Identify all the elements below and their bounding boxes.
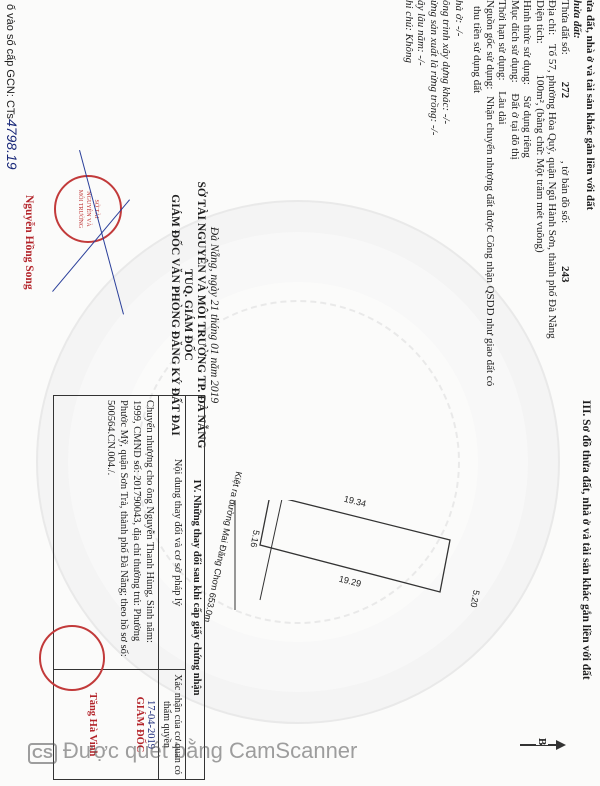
north-arrow-head xyxy=(556,740,566,750)
other-construction-info: ông trình xây dựng khác: -/- xyxy=(440,0,453,386)
address-label: Địa chỉ: xyxy=(547,0,559,35)
perennial-info: ây lâu năm: -/- xyxy=(415,0,428,386)
section-2-heading: ửa đất, nhà ở và tài sản khác gắn liền v… xyxy=(584,0,597,386)
north-label: B xyxy=(536,738,548,745)
use-form-row: Hình thức sử dụng: Sử dụng riêng xyxy=(521,0,534,386)
origin-label: Nguồn gốc sử dụng: xyxy=(484,0,496,89)
address-row: Địa chỉ: Tổ 57, phường Hòa Quý, quận Ngũ… xyxy=(546,0,559,386)
duration-row: Thời hạn sử dụng: Lâu dài xyxy=(496,0,509,386)
house-info: hà ở: -/- xyxy=(453,0,466,386)
parcel-diagram xyxy=(230,500,490,740)
column-header-content: Nội dung thay đổi và cơ sở pháp lý xyxy=(159,396,186,670)
parcel-number: 272 xyxy=(559,82,571,99)
area-label: Diện tích: xyxy=(534,0,546,44)
notes-info: hi chú: Không xyxy=(403,0,416,386)
purpose-label: Mục đích sử dụng: xyxy=(509,0,521,83)
map-sheet-label: , tờ bản đồ số: xyxy=(559,161,571,223)
purpose-value: Đất ở tại đô thị xyxy=(509,93,521,159)
address-value: Tổ 57, phường Hòa Quý, quận Ngũ Hành Sơn… xyxy=(547,44,559,339)
camscanner-watermark: CSĐược quét bằng CamScanner xyxy=(28,738,357,764)
registry-number: 4798.19 xyxy=(4,119,20,170)
signer-name: Nguyễn Hồng Song xyxy=(22,195,35,290)
confirmation-stamp xyxy=(39,625,105,691)
origin-continuation: thu tiền sử dụng đất xyxy=(471,0,484,386)
origin-value: Nhận chuyển nhượng đất được Công nhận QS… xyxy=(484,96,496,386)
parcel-number-row: Thửa đất số: 272 , tờ bản đồ số: 243 xyxy=(559,0,572,386)
section-2-parcel-info: ửa đất, nhà ở và tài sản khác gắn liền v… xyxy=(403,0,597,386)
registry-label: ố vào sổ cấp GCN: CTs xyxy=(4,4,16,119)
certificate-page: ửa đất, nhà ở và tài sản khác gắn liền v… xyxy=(0,0,600,786)
section-4-heading: IV. Những thay đổi sau khi cấp giấy chứn… xyxy=(186,396,205,780)
duration-value: Lâu dài xyxy=(497,91,509,124)
watermark-text: Được quét bằng CamScanner xyxy=(63,738,358,763)
changes-table: IV. Những thay đổi sau khi cấp giấy chứn… xyxy=(53,395,205,780)
area-row: Diện tích: 100m², (bằng chữ: Một trăm mé… xyxy=(534,0,547,386)
use-form-value: Sử dụng riêng xyxy=(522,96,534,158)
use-form-label: Hình thức sử dụng: xyxy=(522,0,534,85)
registry-line: ố vào sổ cấp GCN: CTs4798.19 xyxy=(3,4,18,170)
map-sheet-number: 243 xyxy=(559,266,571,283)
origin-row: Nguồn gốc sử dụng: Nhận chuyển nhượng đấ… xyxy=(484,0,497,386)
camscanner-logo-icon: CS xyxy=(28,743,57,764)
area-value: 100m², (bằng chữ: Một trăm mét vuông) xyxy=(534,74,546,252)
place-date: Đà Nẵng, ngày 21 tháng 01 năm 2019 xyxy=(207,150,220,480)
duration-label: Thời hạn sử dụng: xyxy=(497,0,509,81)
forest-info: ừng sản xuất là rừng trồng: -/- xyxy=(428,0,441,386)
parcel-number-label: Thửa đất số: xyxy=(559,0,571,55)
section-3-heading: III. Sơ đồ thửa đất, nhà ở và tài sản kh… xyxy=(579,400,592,680)
purpose-row: Mục đích sử dụng: Đất ở tại đô thị xyxy=(509,0,522,386)
parcel-subheading: hửa đất: xyxy=(571,0,584,386)
